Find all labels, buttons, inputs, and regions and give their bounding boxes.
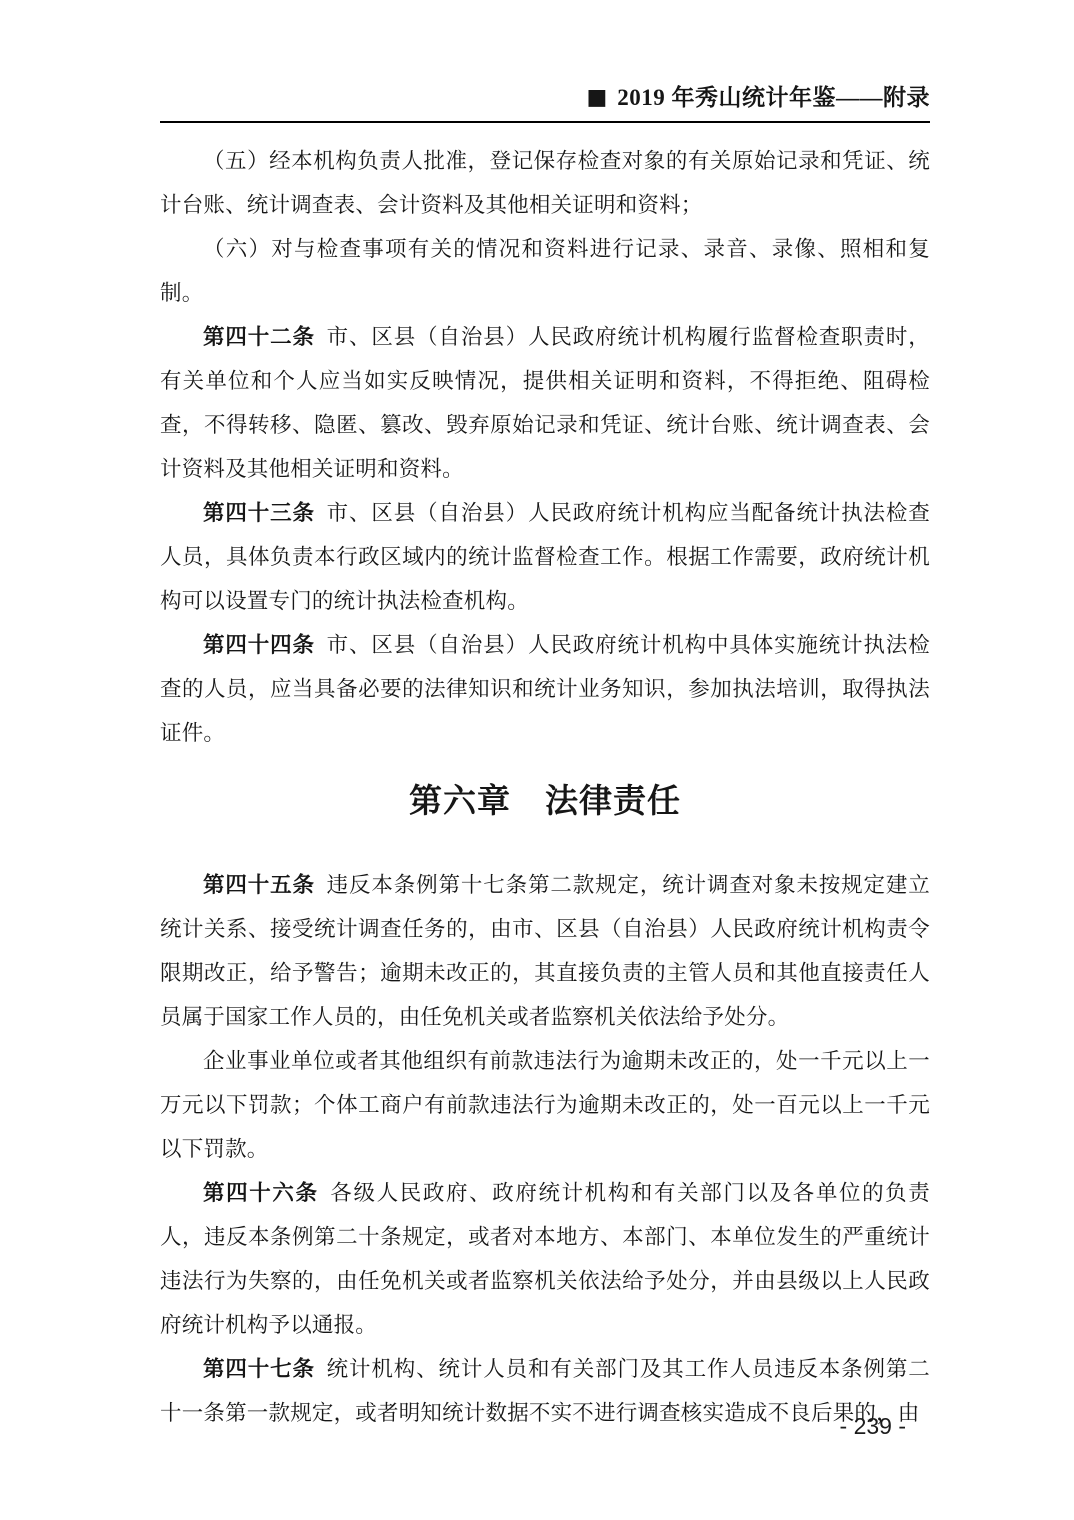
paragraph-item-6: （六）对与检查事项有关的情况和资料进行记录、录音、录像、照相和复制。 xyxy=(160,227,930,315)
paragraph-text: （五）经本机构负责人批准，登记保存检查对象的有关原始记录和凭证、统计台账、统计调… xyxy=(160,149,930,217)
header-title: 2019 年秀山统计年鉴——附录 xyxy=(617,84,930,112)
black-square-icon: ■ xyxy=(586,87,607,109)
paragraph-item-5: （五）经本机构负责人批准，登记保存检查对象的有关原始记录和凭证、统计台账、统计调… xyxy=(160,139,930,227)
body-text: （五）经本机构负责人批准，登记保存检查对象的有关原始记录和凭证、统计台账、统计调… xyxy=(160,139,930,1435)
paragraph-article-42: 第四十二条市、区县（自治县）人民政府统计机构履行监督检查职责时，有关单位和个人应… xyxy=(160,315,930,491)
article-lead: 第四十二条 xyxy=(203,325,315,349)
chapter-heading: 第六章 法律责任 xyxy=(160,779,930,823)
article-lead: 第四十七条 xyxy=(203,1357,315,1381)
paragraph-penalty: 企业事业单位或者其他组织有前款违法行为逾期未改正的，处一千元以上一万元以下罚款；… xyxy=(160,1039,930,1171)
article-lead: 第四十五条 xyxy=(203,873,315,897)
paragraph-article-46: 第四十六条各级人民政府、政府统计机构和有关部门以及各单位的负责人，违反本条例第二… xyxy=(160,1171,930,1347)
article-lead: 第四十六条 xyxy=(203,1181,319,1205)
paragraph-article-47: 第四十七条统计机构、统计人员和有关部门及其工作人员违反本条例第二十一条第一款规定… xyxy=(160,1347,930,1435)
paragraph-article-43: 第四十三条市、区县（自治县）人民政府统计机构应当配备统计执法检查人员，具体负责本… xyxy=(160,491,930,623)
page-header: ■ 2019 年秀山统计年鉴——附录 xyxy=(160,84,930,123)
paragraph-article-44: 第四十四条市、区县（自治县）人民政府统计机构中具体实施统计执法检查的人员，应当具… xyxy=(160,623,930,755)
paragraph-article-45: 第四十五条违反本条例第十七条第二款规定，统计调查对象未按规定建立统计关系、接受统… xyxy=(160,863,930,1039)
article-lead: 第四十三条 xyxy=(203,501,315,525)
content-area: ■ 2019 年秀山统计年鉴——附录 （五）经本机构负责人批准，登记保存检查对象… xyxy=(160,84,930,1435)
page-number: - 239 - xyxy=(840,1412,906,1440)
document-page: ■ 2019 年秀山统计年鉴——附录 （五）经本机构负责人批准，登记保存检查对象… xyxy=(0,0,1074,1520)
article-lead: 第四十四条 xyxy=(203,633,315,657)
paragraph-text: （六）对与检查事项有关的情况和资料进行记录、录音、录像、照相和复制。 xyxy=(160,237,930,305)
paragraph-text: 企业事业单位或者其他组织有前款违法行为逾期未改正的，处一千元以上一万元以下罚款；… xyxy=(160,1049,930,1161)
